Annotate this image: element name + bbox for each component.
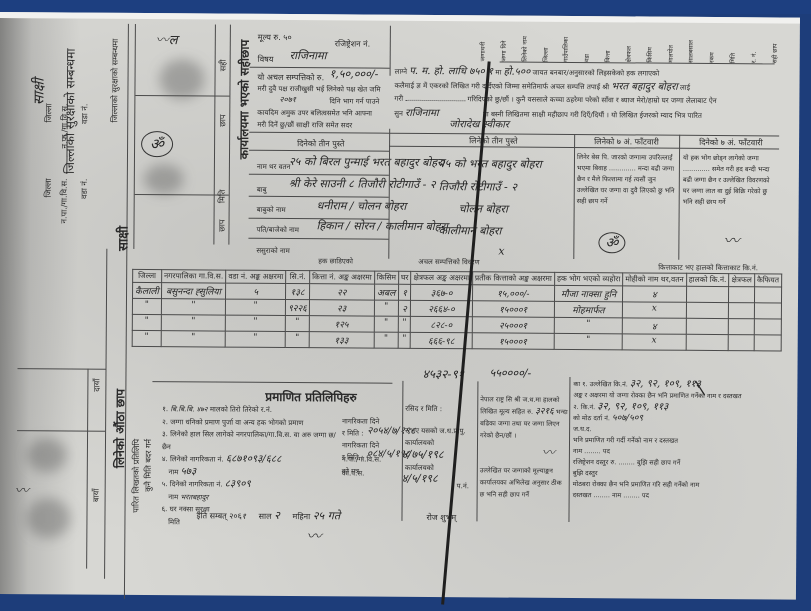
divider xyxy=(17,430,105,432)
amount-text-4: कायदिम अमुक उपर बलित्वसमेत भनि आफ्ना xyxy=(257,108,372,120)
left-label-5: न.पा./गा.वि.स. xyxy=(59,178,70,223)
left-label-2: न.पा./गा.वि.स. xyxy=(59,103,70,148)
divider xyxy=(249,174,389,176)
divider xyxy=(249,132,389,134)
office-label-miti: मिति xyxy=(217,190,228,204)
office-column-title: कार्यालयमा भएको सहीछाप xyxy=(235,40,253,160)
amount-text-5: मरी दिनें छु/छौं साक्षी राजि समेत सदर xyxy=(257,120,352,132)
total-value: ५५००००/- xyxy=(489,367,531,378)
giver-declaration-header: दिनेको ७ अं. फाँटवारी xyxy=(699,137,763,148)
cert-item-3: ३. लिनेको हाल सिल लागेको नगरपालिका/गा.वि… xyxy=(162,428,342,454)
divider xyxy=(133,24,136,249)
footer-date-line: इति सम्बत् २०६१ साल २ महिना २५ गते xyxy=(196,509,340,522)
divider xyxy=(18,368,106,370)
receipt-hand-1: ४/७५/१९८ xyxy=(402,449,444,460)
left-strip-sub: जिल्लाको सुरक्षाको सम्बन्धमा xyxy=(109,39,121,123)
amount-value: १,५०,०००/- xyxy=(330,68,379,79)
giver-row-label-0: नाम थर वतन xyxy=(257,162,291,173)
col-plot-no: कित्ता नं. अङ्क अक्षरमा xyxy=(310,271,375,284)
cert-item-4: ४. लिनेको नागरिकता नं. ६८७१०९३/६८८ xyxy=(162,453,342,467)
thumbprint xyxy=(26,498,70,538)
receiver-row-4: x xyxy=(498,245,504,256)
giver-row-value-2: धनीराम / चोलन बोहरा xyxy=(317,200,407,212)
col-municipality: नगरपालिका गा.वि.स. xyxy=(161,270,225,283)
valuation-text-1: नेपाल राष्ट्र सि श्री ज.ध.मा हालको लिखित… xyxy=(480,393,568,442)
giver-row-label-1: बाबु xyxy=(257,185,267,196)
cert-item-5-name: नाम भरतबहादुर xyxy=(162,491,342,505)
narrative-line2: कलैमाई ज्ञ में एकरको लिखित गरी दर्दिएको … xyxy=(394,80,690,94)
amount-hand: २०७१ xyxy=(279,94,296,105)
divider xyxy=(476,381,478,521)
divider xyxy=(389,133,779,137)
land-table-title-left: हक छाडिएको xyxy=(318,256,353,267)
subject-label: विषय xyxy=(258,54,274,65)
cert-item-4-name: नाम ५७३ xyxy=(162,466,342,480)
divider xyxy=(249,150,389,152)
col-symbolic-value: प्रतीक कित्ताको अङ्क अक्षरमा xyxy=(472,272,554,286)
valuation-signature: 〰 xyxy=(542,442,555,461)
subject-value: राजिनामा xyxy=(290,50,327,61)
giver-details-header: दिनेको तीन पुस्ते xyxy=(297,138,344,149)
document-page: जिल्लाको सुरक्षाको सम्बन्धमा साक्षी जिल्… xyxy=(0,12,800,600)
office-label-sahi: सही xyxy=(218,60,229,72)
narrative-line3: गरी गरिदिएको छु/छौं । कुनै यससाले कच्चा … xyxy=(394,94,716,107)
certifier-sub: कुनै मिति बदर गर्न xyxy=(143,439,154,492)
receipt-suffix: प.नं. xyxy=(457,481,469,492)
thumbprint xyxy=(27,438,67,472)
stamp-smudge xyxy=(144,164,184,194)
certifier-title: पारित लिखतको प्रतिलिपि xyxy=(131,439,143,513)
cert-item-1: १. बि.बि.बि. ४७२ मालको तिरो तिरेको र.नं. xyxy=(162,403,342,417)
amount-text-1: यो अचल सम्पत्तिको रु. xyxy=(258,72,325,83)
col-current-plot: हालको कि.नं. xyxy=(686,273,729,286)
certifier-signature: 〰 xyxy=(306,525,321,546)
cert-right-label-2: र मिति : xyxy=(342,428,364,439)
stamp-note: रजिष्ट्रेशन नं. xyxy=(335,38,370,49)
signature: 〰 xyxy=(15,480,29,500)
giver-declaration-text: यो हक भोग छोड्न लागेको जग्गा ...........… xyxy=(683,153,778,209)
receiver-header: लिनेको तीन पुस्ते xyxy=(469,135,518,146)
land-table: जिल्ला नगरपालिका गा.वि.स. वडा नं. अङ्क अ… xyxy=(132,269,783,352)
thumb-left-label: बायाँ xyxy=(91,489,102,502)
reg-item-2b: को मोठ दर्ता नं. ५०७/५०९ xyxy=(573,413,783,425)
total-area: ४५३२-९१ xyxy=(422,369,464,380)
receiver-row-2: चोलन बोहरा xyxy=(459,203,508,214)
col-area-2: क्षेत्रफल xyxy=(729,274,755,287)
col-tenant: मोहीको नाम थर,वतन xyxy=(623,273,686,286)
left-strip-handwriting: साक्षी xyxy=(29,78,48,105)
giver-row-label-3: पति/बाजेको नाम xyxy=(256,225,299,236)
divider xyxy=(135,194,229,196)
office-initial-stamp: ॐ xyxy=(141,131,173,157)
divider xyxy=(388,129,390,259)
divider xyxy=(124,24,129,599)
cert-right-label-4: र मिति : xyxy=(342,452,364,463)
divider xyxy=(248,238,388,240)
divider xyxy=(152,381,392,384)
price-label: मूल्य रु. ५० xyxy=(258,32,292,43)
col-type: किसिम xyxy=(374,271,398,284)
left-label-6: वडा नं. xyxy=(79,179,90,199)
receipt-label-1: रसिद र मिति : xyxy=(405,404,442,415)
cert-item-2: २. जग्गा धनिको प्रमाण पुर्जा वा अन्य हक … xyxy=(162,416,342,430)
divider xyxy=(573,134,575,259)
receiver-thumb-title: लिनेको औंठा छाप xyxy=(111,389,129,468)
cert-right-label-5: को.प.स. xyxy=(342,468,365,479)
amount-text-3: दिनि भाग गर्न पाउने xyxy=(329,96,379,107)
divider xyxy=(86,369,88,569)
divider xyxy=(228,25,231,245)
col-ward: वडा नं. अङ्क अक्षरमा xyxy=(226,270,286,283)
col-area: क्षेत्रफल अङ्क अक्षरमा xyxy=(411,271,472,284)
col-house: घर xyxy=(398,271,411,284)
left-label-1: जिल्ला xyxy=(43,103,54,122)
divider xyxy=(390,26,391,76)
amount-text-2: मरी दुवै पक्ष राजीखुसी भई लिनेको पक्ष खे… xyxy=(257,84,380,96)
divider xyxy=(678,135,680,260)
table-row: """"१३३""६६६-९८१५०००१"x xyxy=(132,330,781,351)
giver-row-label-2: बाबुको नाम xyxy=(257,205,286,216)
office-label-chhap: छाप xyxy=(217,115,228,127)
divider xyxy=(213,25,216,245)
narrative-line4: सुन राजिनामा ना बस्नी लिखितमा साक्षी मही… xyxy=(394,108,702,122)
divider xyxy=(568,377,570,522)
giver-row-label-4: ससुराको नाम xyxy=(256,246,290,257)
top-header-cols: जग्गाधनी जग्गा दिने लिनेको नाम जिल्ला गा… xyxy=(480,29,780,63)
receiver-signature: ॐ xyxy=(598,232,625,253)
giver-row-value-1: श्री केरे साउनी ८ तिजौरी रोटीगाउँ - २ xyxy=(289,178,436,190)
certified-copies-title: प्रमाणित प्रतिलिपिहरु xyxy=(265,388,357,406)
thumb-right-label: दायाँ xyxy=(91,379,102,392)
receiver-declaration-header: लिनेको ७ अं. फाँटवारी xyxy=(594,136,659,147)
left-label-4: जिल्ला xyxy=(43,178,54,197)
giver-row-value-0: २५ को बिरल पुन्माई भरत बहादुर बोहरा xyxy=(289,156,445,168)
witness-title: साक्षी xyxy=(113,226,131,251)
narrative-line4-hand2: जोरादेख स्वीकार xyxy=(449,119,509,130)
giver-signature: 〰 xyxy=(723,228,739,251)
narrative-line1: लाग्ने प. म. हो. लाधि ७५० १ मा हो.५०० जा… xyxy=(395,66,660,80)
cert-item-5: ५. दिनेको नागरिकता नं. ८३९०९ xyxy=(162,478,342,492)
left-label-3: वडा नं. xyxy=(79,104,90,124)
col-district: जिल्ला xyxy=(133,269,162,282)
office-signature: 〰ल xyxy=(156,29,178,48)
registration-list: का १. उल्लेखित कि.नं. ३२, ९२, १०९, ११३ अ… xyxy=(573,378,784,502)
reg-item-3: रजिष्ट्रेशन दस्तुर रु. ........ बुझि सही… xyxy=(573,457,783,469)
col-serial: सि.नं. xyxy=(286,271,310,284)
giver-row-value-3: हिकान / सोरन / कालीमान बोहरा xyxy=(316,220,447,232)
col-ownership-note: हक भोग भएको व्यहोरा xyxy=(554,272,622,285)
receiver-row-3: कालीमान बोहरा xyxy=(438,225,501,236)
divider xyxy=(249,196,389,198)
receiver-row-0: २५ को भरत बहादुर बोहरा xyxy=(439,158,542,170)
stamp-smudge xyxy=(159,59,204,99)
col-remarks: कैफियत xyxy=(754,274,781,287)
receiver-declaration-text: लिनेर बेस पि. जारको जग्गामा उपरिल्लाई भए… xyxy=(577,152,677,208)
valuation-text-3: उल्लेखित घर जग्गाको मूल्याङ्कन कार्यालयक… xyxy=(480,464,568,501)
reg-item-4b: दस्तखत ........ नाम ........ पद xyxy=(573,490,783,502)
receipt-hand-2: ४/५/१९८ xyxy=(402,473,438,484)
office-label-chhap-2: छाप xyxy=(216,220,227,232)
divider xyxy=(104,249,107,579)
